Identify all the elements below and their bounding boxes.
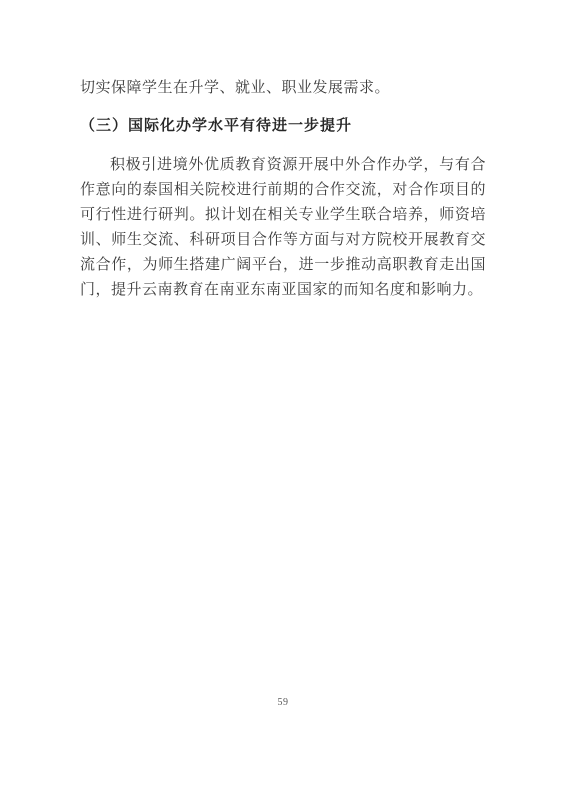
paragraph-continuation-text: 切实保障学生在升学、就业、职业发展需求。 <box>80 76 486 101</box>
document-page: 切实保障学生在升学、就业、职业发展需求。 （三）国际化办学水平有待进一步提升 积… <box>0 0 566 800</box>
section-heading: （三）国际化办学水平有待进一步提升 <box>80 114 486 139</box>
page-footer: 59 <box>0 692 566 710</box>
page-number: 59 <box>278 697 289 708</box>
page-content: 切实保障学生在升学、就业、职业发展需求。 （三）国际化办学水平有待进一步提升 积… <box>80 76 486 303</box>
body-paragraph: 积极引进境外优质教育资源开展中外合作办学，与有合作意向的泰国相关院校进行前期的合… <box>80 153 486 303</box>
